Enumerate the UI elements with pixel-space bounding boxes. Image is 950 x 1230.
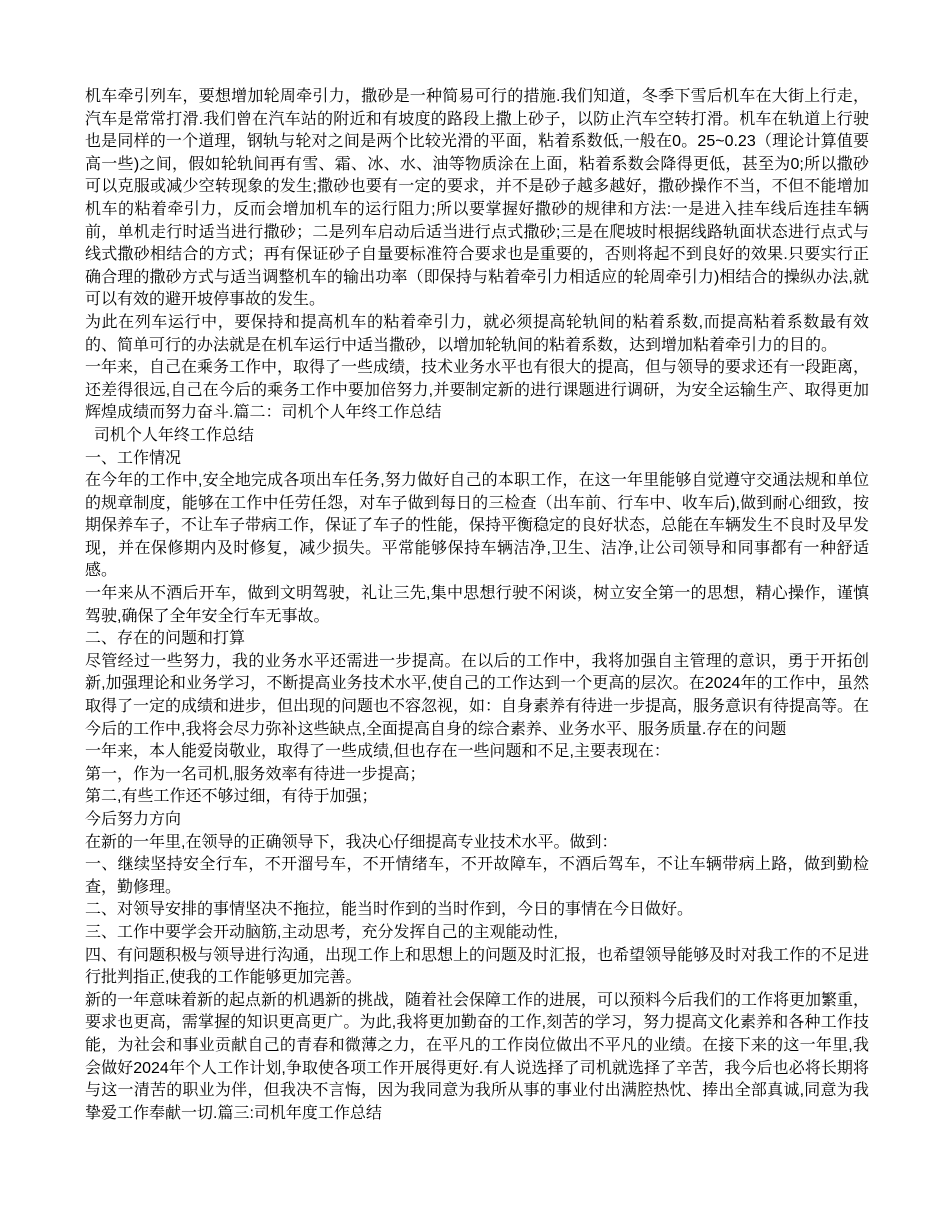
list-item-problem-first: 第一，作为一名司机,服务效率有待进一步提高； — [85, 764, 869, 787]
heading-work-situation: 一、工作情况 — [85, 448, 869, 471]
list-item-goal-1: 一、继续坚持安全行车，不开溜号车，不开情绪车，不开故障车，不酒后驾车，不让车辆带… — [85, 854, 869, 899]
paragraph-new-year-resolve: 在新的一年里,在领导的正确领导下，我决心仔细提高专业技术水平。做到： — [85, 832, 869, 855]
paragraph-locomotive-sanding: 机车牵引列车，要想增加轮周牵引力，撒砂是一种简易可行的措施.我们知道，冬季下雪后… — [85, 86, 869, 312]
paragraph-work-details: 在今年的工作中,安全地完成各项出车任务,努力做好自己的本职工作，在这一年里能够自… — [85, 470, 869, 583]
paragraph-crew-year-summary: 一年来，自己在乘务工作中，取得了一些成绩，技术业务水平也有很大的提高，但与领导的… — [85, 357, 869, 425]
document-page: 机车牵引列车，要想增加轮周牵引力，撒砂是一种简易可行的措施.我们知道，冬季下雪后… — [0, 0, 950, 1230]
list-item-goal-2: 二、对领导安排的事情坚决不拖拉，能当时作到的当时作到，今日的事情在今日做好。 — [85, 899, 869, 922]
paragraph-new-year-outlook: 新的一年意味着新的起点新的机遇新的挑战，随着社会保障工作的进展，可以预料今后我们… — [85, 990, 869, 1126]
subtitle-driver-annual-summary: 司机个人年终工作总结 — [85, 425, 869, 448]
paragraph-adhesion-traction: 为此在列车运行中，要保持和提高机车的粘着牵引力，就必须提高轮轨间的粘着系数,而提… — [85, 312, 869, 357]
paragraph-safe-driving: 一年来从不酒后开车，做到文明驾驶，礼让三先,集中思想行驶不闲谈，树立安全第一的思… — [85, 583, 869, 628]
list-item-goal-3: 三、工作中要学会开动脑筋,主动思考，充分发挥自己的主观能动性, — [85, 922, 869, 945]
paragraph-problems-intro: 一年来，本人能爱岗敬业，取得了一些成绩,但也存在一些问题和不足,主要表现在： — [85, 741, 869, 764]
document-text: 机车牵引列车，要想增加轮周牵引力，撒砂是一种简易可行的措施.我们知道，冬季下雪后… — [85, 86, 869, 1125]
heading-future-direction: 今后努力方向 — [85, 809, 869, 832]
list-item-goal-4: 四、有问题积极与领导进行沟通，出现工作上和思想上的问题及时汇报，也希望领导能够及… — [85, 945, 869, 990]
paragraph-improvement-plans: 尽管经过一些努力，我的业务水平还需进一步提高。在以后的工作中，我将加强自主管理的… — [85, 651, 869, 741]
list-item-problem-second: 第二,有些工作还不够过细，有待于加强； — [85, 786, 869, 809]
heading-problems-and-plans: 二、存在的问题和打算 — [85, 628, 869, 651]
